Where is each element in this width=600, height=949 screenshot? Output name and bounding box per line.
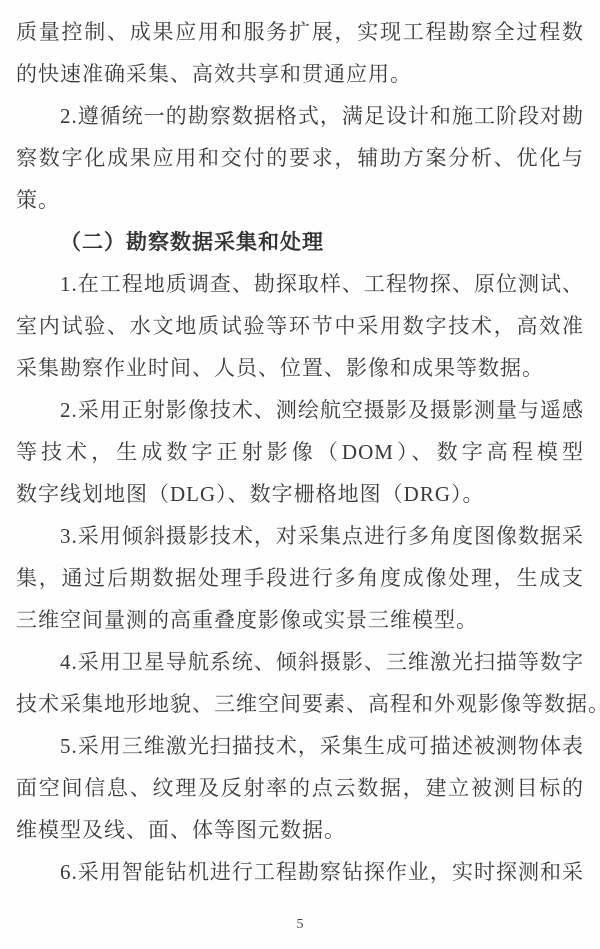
text-line: 数字线划地图（DLG）、数字栅格地图（DRG）。: [16, 473, 584, 515]
text-line: 质量控制、成果应用和服务扩展，实现工程勘察全过程数据: [16, 11, 584, 53]
text-line: 2.遵循统一的勘察数据格式，满足设计和施工阶段对勘: [16, 95, 584, 137]
section-heading: （二）勘察数据采集和处理: [16, 221, 584, 263]
text-line: 技术采集地形地貌、三维空间要素、高程和外观影像等数据。: [16, 683, 584, 725]
document-page: 质量控制、成果应用和服务扩展，实现工程勘察全过程数据的快速准确采集、高效共享和贯…: [0, 0, 600, 949]
text-line: 1.在工程地质调查、勘探取样、工程物探、原位测试、: [16, 263, 584, 305]
text-line: 5.采用三维激光扫描技术，采集生成可描述被测物体表: [16, 725, 584, 767]
text-line: 策。: [16, 179, 584, 221]
text-line: 4.采用卫星导航系统、倾斜摄影、三维激光扫描等数字: [16, 641, 584, 683]
text-line: 维模型及线、面、体等图元数据。: [16, 809, 584, 851]
text-line: 面空间信息、纹理及反射率的点云数据，建立被测目标的三: [16, 767, 584, 809]
text-line: 集，通过后期数据处理手段进行多角度成像处理，生成支持: [16, 557, 584, 599]
text-line: 2.采用正射影像技术、测绘航空摄影及摄影测量与遥感: [16, 389, 584, 431]
document-body: 质量控制、成果应用和服务扩展，实现工程勘察全过程数据的快速准确采集、高效共享和贯…: [16, 11, 584, 893]
text-line: 采集勘察作业时间、人员、位置、影像和成果等数据。: [16, 347, 584, 389]
text-line: 的快速准确采集、高效共享和贯通应用。: [16, 53, 584, 95]
text-line: 三维空间量测的高重叠度影像或实景三维模型。: [16, 599, 584, 641]
text-line: 等技术，生成数字正射影像（DOM）、数字高程模型（DEM）、: [16, 431, 584, 473]
page-number: 5: [0, 917, 600, 933]
text-line: 室内试验、水文地质试验等环节中采用数字技术，高效准确: [16, 305, 584, 347]
text-line: 察数字化成果应用和交付的要求，辅助方案分析、优化与决: [16, 137, 584, 179]
text-line: 3.采用倾斜摄影技术，对采集点进行多角度图像数据采: [16, 515, 584, 557]
text-line: 6.采用智能钻机进行工程勘察钻探作业，实时探测和采: [16, 851, 584, 893]
